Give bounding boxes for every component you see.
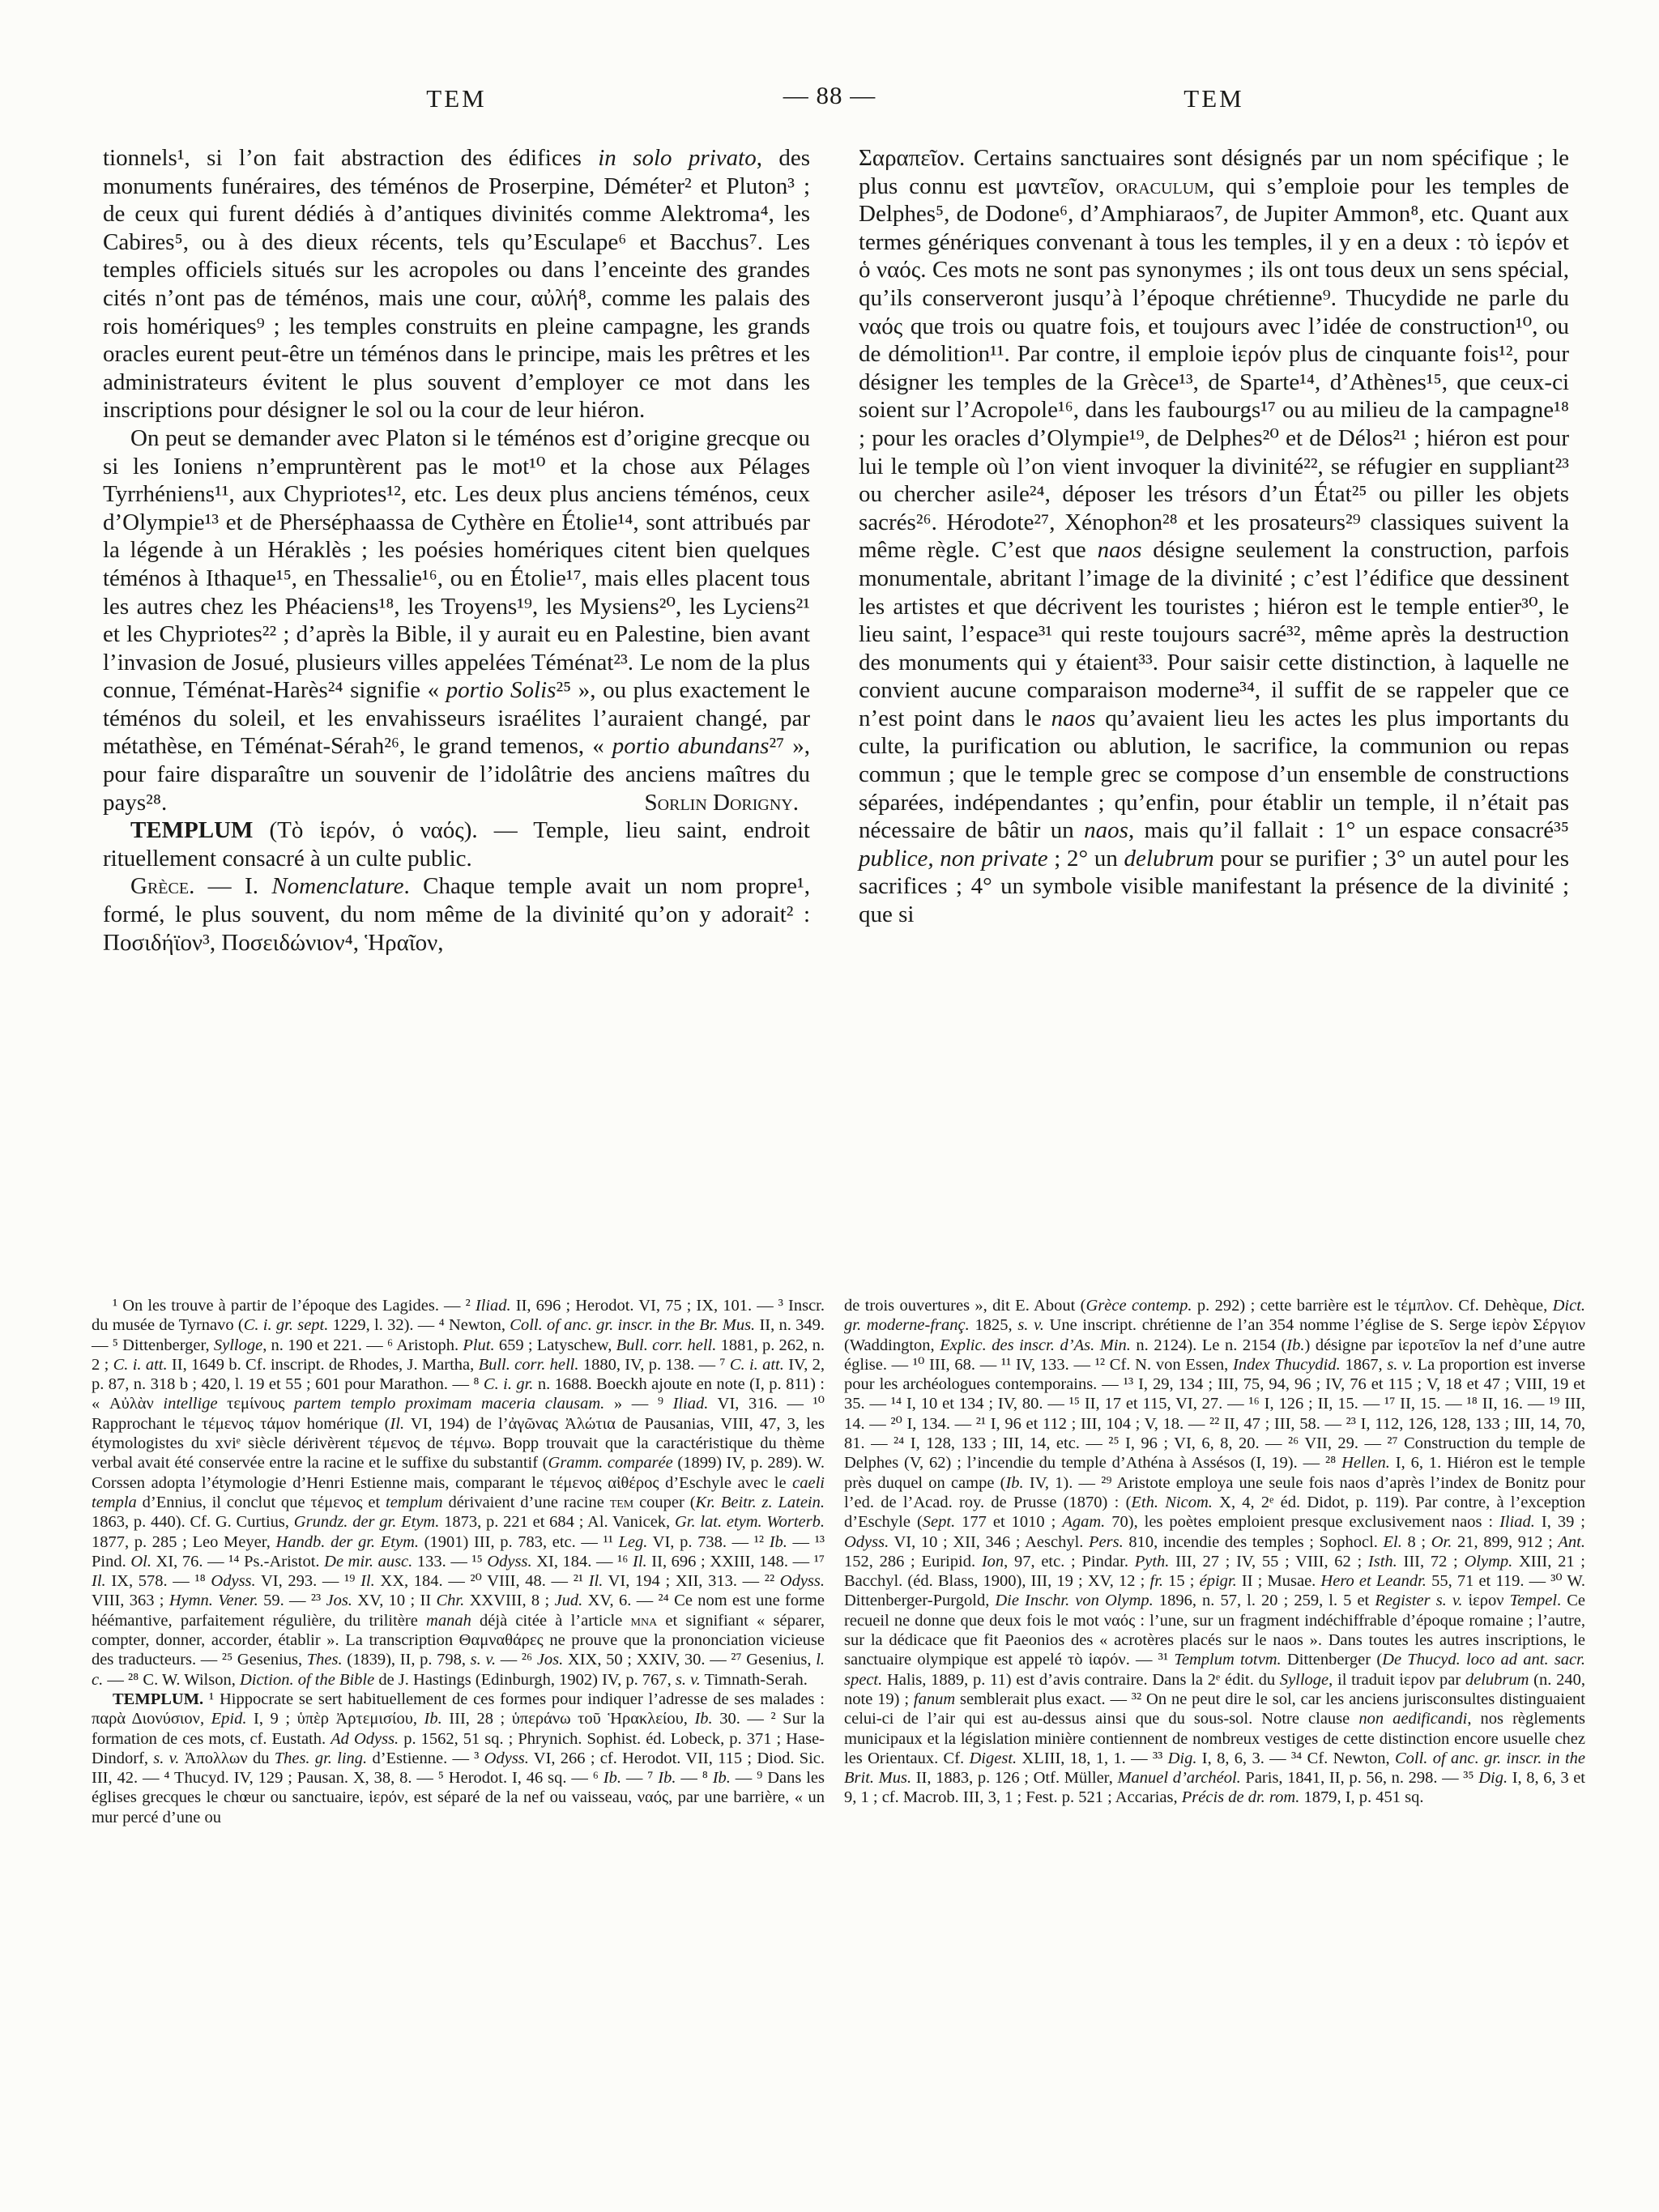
text-run: couper ( bbox=[633, 1494, 695, 1511]
text-run: III, 28 ; ὑπεράνω τοῦ Ἡρακλείου, bbox=[442, 1710, 695, 1728]
running-title-right: TEM bbox=[859, 84, 1569, 113]
text-run: XLIII, 18, 1, 1. — ³³ bbox=[1017, 1750, 1167, 1767]
text-run: II ; Musae. bbox=[1237, 1572, 1321, 1590]
text-run: in solo privato bbox=[598, 145, 756, 171]
text-run: 1880, IV, p. 138. — ⁷ bbox=[579, 1356, 730, 1374]
text-run: 1873, p. 221 et 684 ; Al. Vanicek, bbox=[439, 1513, 675, 1531]
text-run: 1877, p. 285 ; Leo Meyer, bbox=[92, 1533, 276, 1551]
text-run: Ant. bbox=[1558, 1533, 1585, 1551]
text-run: Précis de dr. rom. bbox=[1182, 1788, 1300, 1806]
text-run: VIII, 363 ; bbox=[92, 1592, 169, 1609]
main-text-column-left: tionnels¹, si l’on fait abstraction des … bbox=[103, 144, 810, 957]
author-signature: Sorlin Dorigny. bbox=[617, 789, 810, 817]
text-run: Digest. bbox=[970, 1750, 1017, 1767]
text-run: de trois ouvertures », dit E. About ( bbox=[844, 1297, 1086, 1315]
paragraph: On peut se demander avec Platon si le té… bbox=[103, 424, 810, 816]
text-run: C. i. att. bbox=[730, 1356, 784, 1374]
text-run: Plut. bbox=[463, 1336, 494, 1354]
text-run: Odyss. bbox=[780, 1572, 825, 1590]
text-run: VI, 10 ; XII, 346 ; Aeschyl. bbox=[889, 1533, 1089, 1551]
text-run: Il. bbox=[92, 1572, 106, 1590]
text-run: , mais qu’il fallait : 1° un espace cons… bbox=[1128, 817, 1569, 843]
text-run: XIX, 50 ; XXIV, 30. — ²⁷ Gesenius, bbox=[563, 1651, 816, 1669]
text-run: non aedificandi bbox=[1358, 1710, 1467, 1728]
text-run: Iliad. bbox=[1499, 1513, 1535, 1531]
paragraph: Grèce. — I. Nomenclature. Chaque temple … bbox=[103, 872, 810, 957]
text-run: Halis, 1889, p. 11) est d’avis contraire… bbox=[882, 1671, 1280, 1689]
text-run: Die Inschr. von Olymp. bbox=[995, 1592, 1153, 1609]
text-run: s. v. bbox=[676, 1671, 701, 1689]
text-run: dérivaient d’une racine bbox=[443, 1494, 610, 1511]
text-run: Ἀπολλων du bbox=[179, 1750, 274, 1767]
text-run: Ad Odyss. bbox=[331, 1730, 399, 1748]
text-run: Sylloge bbox=[214, 1336, 262, 1354]
text-run: IX, 578. — ¹⁸ bbox=[106, 1572, 211, 1590]
main-text-column-right: Σαραπεῖον. Certains sanctuaires sont dés… bbox=[859, 144, 1569, 929]
text-run: 1229, l. 32). — ⁴ Newton, bbox=[328, 1316, 510, 1334]
text-run: Iliad. bbox=[673, 1395, 709, 1413]
text-run: Manuel d’archéol. bbox=[1117, 1769, 1240, 1787]
text-run: p. 292) ; cette barrière est le τέμπλον.… bbox=[1192, 1297, 1553, 1315]
text-run: On peut se demander avec Platon si le té… bbox=[103, 425, 810, 703]
text-run: C. i. att. bbox=[113, 1356, 168, 1374]
text-run: Pyth. bbox=[1135, 1553, 1170, 1571]
text-run: Il. bbox=[390, 1415, 404, 1433]
book-page: TEM — 88 — TEM tionnels¹, si l’on fait a… bbox=[0, 0, 1659, 2212]
text-run: VI, p. 738. — ¹² bbox=[647, 1533, 769, 1551]
text-run: III, 27 ; IV, 55 ; VIII, 62 ; bbox=[1169, 1553, 1368, 1571]
text-run: I, 8, 6, 3. — ³⁴ Cf. Newton, bbox=[1196, 1750, 1395, 1767]
text-run: Ib. bbox=[424, 1710, 442, 1728]
text-run: Il. bbox=[589, 1572, 603, 1590]
text-run: — ⁸ bbox=[676, 1769, 712, 1787]
text-run: Odyss. bbox=[484, 1750, 529, 1767]
text-run: — ²⁶ bbox=[496, 1651, 537, 1669]
text-run: ; 2° un bbox=[1048, 846, 1124, 872]
text-run: II, 696 ; XXIII, 148. — ¹⁷ bbox=[647, 1553, 825, 1571]
text-run: Epid. bbox=[211, 1710, 247, 1728]
text-run: VI, 293. — ¹⁹ bbox=[256, 1572, 360, 1590]
text-run: Grèce bbox=[130, 873, 189, 899]
text-run: Jud. bbox=[555, 1592, 583, 1609]
text-run: Hellen. bbox=[1341, 1454, 1390, 1472]
text-run: d’Estienne. — ³ bbox=[367, 1750, 484, 1767]
text-run: manah bbox=[426, 1612, 471, 1630]
text-run: ἱερον bbox=[1463, 1592, 1510, 1609]
text-run: Sept. bbox=[923, 1513, 955, 1531]
text-run: — ²⁸ C. W. Wilson, bbox=[103, 1671, 240, 1689]
text-run: épigr. bbox=[1200, 1572, 1237, 1590]
text-run: Nomenclature bbox=[271, 873, 403, 899]
text-run: (1839), II, p. 798, bbox=[343, 1651, 471, 1669]
text-run: Index Thucydid. bbox=[1233, 1356, 1341, 1374]
text-run: Templum totvm. bbox=[1174, 1651, 1281, 1669]
text-run: Coll. of anc. gr. inscr. in the Br. Mus. bbox=[510, 1316, 755, 1334]
text-run: 70), les poètes emploient presque exclus… bbox=[1105, 1513, 1499, 1531]
text-run: Or. bbox=[1431, 1533, 1452, 1551]
text-run: s. v. bbox=[471, 1651, 496, 1669]
text-run: Bull. corr. hell. bbox=[616, 1336, 717, 1354]
text-run: C. i. gr. sept. bbox=[244, 1316, 329, 1334]
text-run: Bull. corr. hell. bbox=[479, 1356, 579, 1374]
text-run: d’Ennius, il conclut que τέμενος et bbox=[137, 1494, 386, 1511]
text-run: Dittenberger ( bbox=[1282, 1651, 1383, 1669]
text-run: oraculum bbox=[1115, 173, 1208, 199]
text-run: Ib. bbox=[603, 1769, 621, 1787]
text-run: II, 1649 b. Cf. inscript. de Rhodes, J. … bbox=[168, 1356, 479, 1374]
paragraph: ¹ On les trouve à partir de l’époque des… bbox=[92, 1296, 825, 1690]
text-run: mna bbox=[631, 1612, 658, 1630]
paragraph: Σαραπεῖον. Certains sanctuaires sont dés… bbox=[859, 144, 1569, 929]
text-run: déjà citée à l’article bbox=[471, 1612, 631, 1630]
text-run: Odyss. bbox=[211, 1572, 255, 1590]
text-run: Diction. of the Bible bbox=[240, 1671, 374, 1689]
text-run: (1901) III, p. 783, etc. — ¹¹ bbox=[419, 1533, 618, 1551]
text-run: Eth. Nicom. bbox=[1131, 1494, 1213, 1511]
text-run: ¹ On les trouve à partir de l’époque des… bbox=[113, 1297, 476, 1315]
text-run: fanum bbox=[914, 1690, 955, 1708]
text-run: Leg. bbox=[619, 1533, 648, 1551]
text-run: Odyss. bbox=[487, 1553, 531, 1571]
text-run: tionnels¹, si l’on fait abstraction des … bbox=[103, 145, 598, 171]
text-run: désigne seulement la construction, parfo… bbox=[859, 537, 1569, 731]
text-run: . — I. bbox=[189, 873, 271, 899]
text-run: naos bbox=[1051, 705, 1096, 731]
text-run: Tempel bbox=[1510, 1592, 1557, 1609]
text-run: , n. 190 et 221. — ⁶ Aristoph. bbox=[262, 1336, 463, 1354]
text-run: naos bbox=[1098, 537, 1142, 563]
text-run: s. v. bbox=[1387, 1356, 1413, 1374]
text-run: 133. — ¹⁵ bbox=[412, 1553, 487, 1571]
text-run: partem templo proximam maceria clausam. bbox=[294, 1395, 604, 1413]
text-run: XXVIII, 8 ; bbox=[464, 1592, 554, 1609]
text-run: Dig. bbox=[1168, 1750, 1197, 1767]
text-run: XI, 76. — ¹⁴ Ps.-Aristot. bbox=[151, 1553, 324, 1571]
text-run: delubrum bbox=[1124, 846, 1214, 872]
text-run: Ol. bbox=[130, 1553, 151, 1571]
text-run: 177 et 1010 ; bbox=[955, 1513, 1062, 1531]
text-run: Explic. des inscr. d’As. Min. bbox=[940, 1336, 1131, 1354]
text-run: 1867, bbox=[1341, 1356, 1388, 1374]
text-run: 1879, I, p. 451 sq. bbox=[1299, 1788, 1423, 1806]
text-run: Sylloge bbox=[1280, 1671, 1328, 1689]
paragraph: TEMPLUM (Τὸ ἱερόν, ὁ ναός). — Temple, li… bbox=[103, 816, 810, 872]
text-run: Ib. bbox=[713, 1769, 731, 1787]
text-run: Pers. bbox=[1089, 1533, 1124, 1551]
paragraph: tionnels¹, si l’on fait abstraction des … bbox=[103, 144, 810, 424]
text-run: El. bbox=[1384, 1533, 1402, 1551]
text-run: XI, 184. — ¹⁶ bbox=[532, 1553, 633, 1571]
text-run: Kr. Beitr. z. Latein. bbox=[696, 1494, 825, 1511]
text-run: Hymn. Vener. bbox=[169, 1592, 258, 1609]
text-run: Il. bbox=[633, 1553, 647, 1571]
text-run: 59. — ²³ bbox=[258, 1592, 326, 1609]
text-run: » — ⁹ bbox=[604, 1395, 672, 1413]
text-run: XV, 10 ; II bbox=[352, 1592, 437, 1609]
text-run: 21, 899, 912 ; bbox=[1452, 1533, 1558, 1551]
text-run: 659 ; Latyschew, bbox=[495, 1336, 616, 1354]
text-run: 1896, n. 57, l. 20 ; 259, l. 5 et bbox=[1154, 1592, 1375, 1609]
footnotes-column-right: de trois ouvertures », dit E. About (Grè… bbox=[844, 1296, 1585, 1808]
text-run: , des monuments funéraires, des téménos … bbox=[103, 145, 810, 423]
text-run: intellige bbox=[163, 1395, 217, 1413]
text-run: 1863, p. 440). Cf. G. Curtius, bbox=[92, 1513, 294, 1531]
text-run: , 97, etc. ; Pindar. bbox=[1004, 1553, 1135, 1571]
text-run: Ib. bbox=[1286, 1336, 1304, 1354]
text-run: C. i. gr. bbox=[484, 1375, 534, 1393]
text-run: publice, non private bbox=[859, 846, 1048, 872]
text-run: — ⁷ bbox=[621, 1769, 658, 1787]
text-run: Chr. bbox=[437, 1592, 465, 1609]
text-run: Ib. bbox=[694, 1710, 712, 1728]
text-run: XX, 184. — ²⁰ VIII, 48. — ²¹ bbox=[375, 1572, 589, 1590]
text-run: VI, 194 ; XII, 313. — ²² bbox=[603, 1572, 779, 1590]
text-run: Register s. v. bbox=[1375, 1592, 1462, 1609]
text-run: , qui s’emploie pour les temples de Delp… bbox=[859, 173, 1569, 564]
text-run: Paris, 1841, II, p. 56, n. 298. — ³⁵ bbox=[1241, 1769, 1478, 1787]
text-run: Ib. bbox=[658, 1769, 676, 1787]
text-run: Il. bbox=[360, 1572, 375, 1590]
text-run: τεμίνους bbox=[218, 1395, 294, 1413]
text-run: naos bbox=[1084, 817, 1128, 843]
text-run: Ion bbox=[982, 1553, 1004, 1571]
text-run: , il traduit ἱερον par bbox=[1328, 1671, 1465, 1689]
text-run: I, 39 ; bbox=[1535, 1513, 1585, 1531]
text-run: templum bbox=[386, 1494, 443, 1511]
text-run: 8 ; bbox=[1402, 1533, 1431, 1551]
text-run: Gramm. comparée bbox=[548, 1454, 673, 1472]
text-run: 15 ; bbox=[1163, 1572, 1200, 1590]
text-run: TEMPLUM bbox=[130, 817, 253, 843]
text-run: Jos. bbox=[537, 1651, 563, 1669]
text-run: fr. bbox=[1150, 1572, 1164, 1590]
text-run: Jos. bbox=[326, 1592, 352, 1609]
text-run: Handb. der gr. Etym. bbox=[276, 1533, 420, 1551]
paragraph: TEMPLUM. ¹ Hippocrate se sert habituelle… bbox=[92, 1690, 825, 1827]
text-run: Ib. bbox=[1005, 1474, 1023, 1492]
text-run: TEMPLUM. bbox=[113, 1690, 203, 1708]
text-run: Olymp. bbox=[1464, 1553, 1512, 1571]
text-run: Hero et Leandr. bbox=[1320, 1572, 1427, 1590]
text-run: 810, incendie des temples ; Sophocl. bbox=[1124, 1533, 1384, 1551]
text-run: Ib. bbox=[770, 1533, 787, 1551]
text-run: Timnath-Serah. bbox=[701, 1671, 808, 1689]
text-run: Grundz. der gr. Etym. bbox=[294, 1513, 440, 1531]
text-run: Thes. gr. ling. bbox=[275, 1750, 367, 1767]
text-run: delubrum bbox=[1465, 1671, 1529, 1689]
text-run: tem bbox=[610, 1494, 634, 1511]
text-run: 1825, bbox=[970, 1316, 1018, 1334]
text-run: Iliad. bbox=[476, 1297, 511, 1315]
text-run: 152, 286 ; Euripid. bbox=[844, 1553, 982, 1571]
text-run: Isth. bbox=[1368, 1553, 1397, 1571]
text-run: de J. Hastings (Edinburgh, 1902) IV, p. … bbox=[374, 1671, 676, 1689]
text-run: Agam. bbox=[1062, 1513, 1105, 1531]
text-run: III, 72 ; bbox=[1397, 1553, 1465, 1571]
text-run: s. v. bbox=[1017, 1316, 1044, 1334]
text-run: s. v. bbox=[153, 1750, 179, 1767]
text-run: portio Solis bbox=[446, 677, 557, 703]
text-run: portio abundans bbox=[612, 733, 770, 759]
footnotes-column-left: ¹ On les trouve à partir de l’époque des… bbox=[92, 1296, 825, 1827]
text-run: n. 2124). Le n. 2154 ( bbox=[1131, 1336, 1286, 1354]
text-run: Dig. bbox=[1478, 1769, 1508, 1787]
text-run: Thes. bbox=[307, 1651, 343, 1669]
text-run: Grèce contemp. bbox=[1086, 1297, 1192, 1315]
text-run: Odyss. bbox=[844, 1533, 889, 1551]
text-run: II, 1883, p. 126 ; Otf. Müller, bbox=[911, 1769, 1117, 1787]
text-run: De mir. ausc. bbox=[324, 1553, 412, 1571]
paragraph: de trois ouvertures », dit E. About (Grè… bbox=[844, 1296, 1585, 1808]
text-run: I, 9 ; ὑπὲρ Ἀρτεμισίου, bbox=[246, 1710, 424, 1728]
text-run: Gr. lat. etym. Worterb. bbox=[675, 1513, 825, 1531]
